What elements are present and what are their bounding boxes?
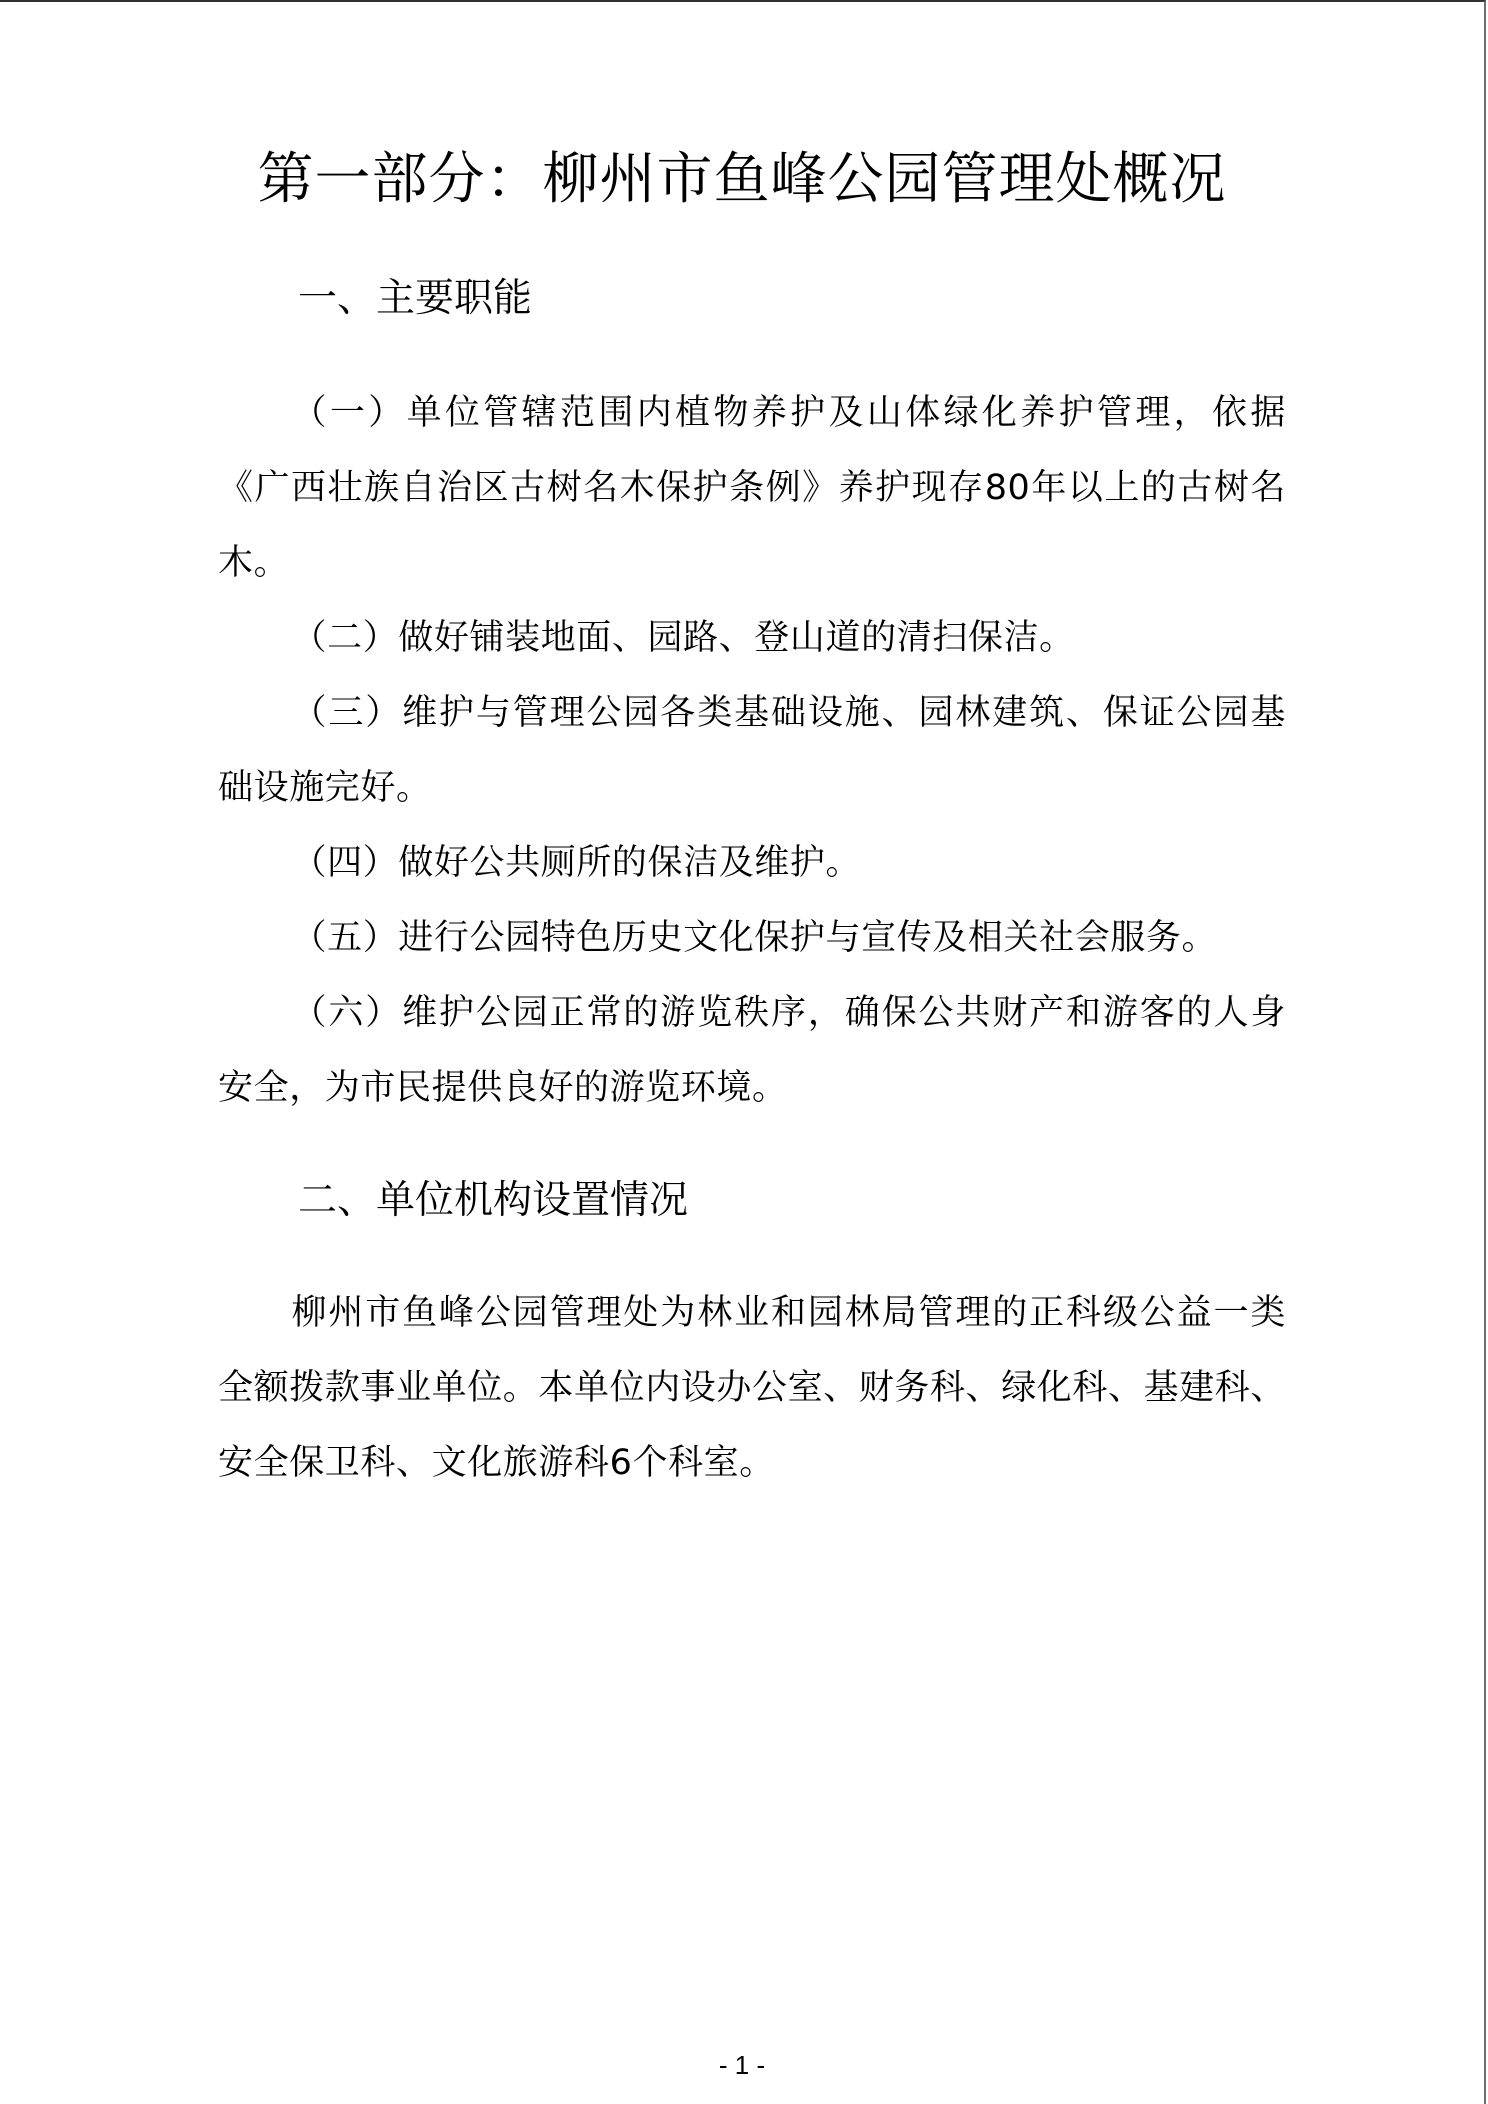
function-item-2: （二）做好铺装地面、园路、登山道的清扫保洁。 (218, 601, 1286, 676)
function-item-1: （一）单位管辖范围内植物养护及山体绿化养护管理，依据《广西壮族自治区古树名木保护… (218, 376, 1286, 601)
function-item-6: （六）维护公园正常的游览秩序，确保公共财产和游客的人身安全，为市民提供良好的游览… (218, 976, 1286, 1126)
section-heading-main-functions: 一、主要职能 (298, 276, 532, 322)
function-item-5: （五）进行公园特色历史文化保护与宣传及相关社会服务。 (218, 901, 1286, 976)
function-item-4: （四）做好公共厕所的保洁及维护。 (218, 826, 1286, 901)
function-item-3: （三）维护与管理公园各类基础设施、园林建筑、保证公园基础设施完好。 (218, 676, 1286, 826)
section-heading-org-structure: 二、单位机构设置情况 (298, 1178, 688, 1224)
document-page: 第一部分：柳州市鱼峰公园管理处概况 一、主要职能 （一）单位管辖范围内植物养护及… (0, 0, 1486, 2104)
org-structure-body: 柳州市鱼峰公园管理处为林业和园林局管理的正科级公益一类全额拨款事业单位。本单位内… (218, 1276, 1286, 1501)
page-title: 第一部分：柳州市鱼峰公园管理处概况 (0, 147, 1484, 213)
page-number: - 1 - (0, 2048, 1484, 2082)
main-functions-list: （一）单位管辖范围内植物养护及山体绿化养护管理，依据《广西壮族自治区古树名木保护… (218, 376, 1286, 1126)
org-structure-paragraph: 柳州市鱼峰公园管理处为林业和园林局管理的正科级公益一类全额拨款事业单位。本单位内… (218, 1276, 1286, 1501)
